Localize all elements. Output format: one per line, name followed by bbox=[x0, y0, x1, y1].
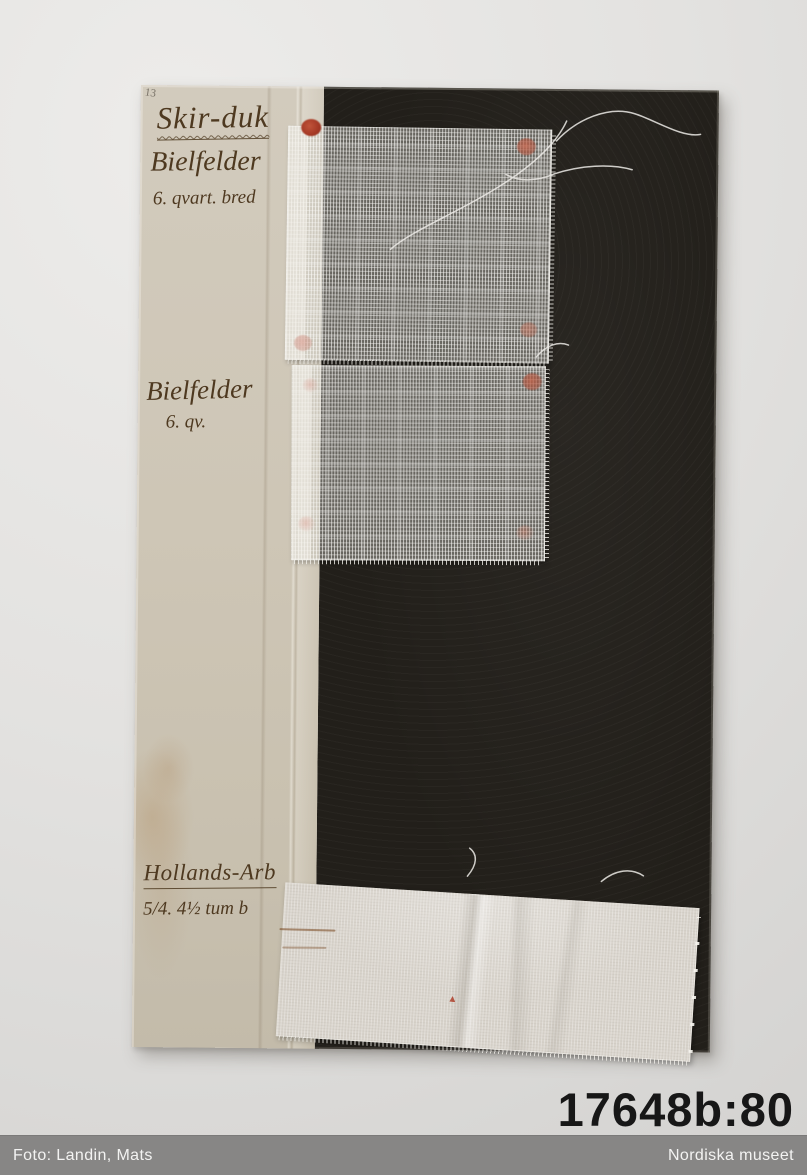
pencil-mark: 13 bbox=[144, 86, 157, 100]
sample-title: Hollands-Arb bbox=[143, 859, 276, 889]
footer-bar: Foto: Landin, Mats Nordiska museet bbox=[0, 1135, 807, 1175]
frayed-edge bbox=[279, 1035, 688, 1065]
institution-name: Nordiska museet bbox=[668, 1147, 794, 1165]
sealing-wax-dot bbox=[516, 525, 534, 540]
sample-title: Skir-duk bbox=[156, 99, 269, 141]
sealing-wax-dot bbox=[303, 378, 319, 392]
fabric-swatch-sheer-top bbox=[285, 126, 552, 364]
sealing-wax-dot bbox=[298, 516, 315, 531]
photo-credit: Foto: Landin, Mats bbox=[13, 1147, 153, 1165]
photo-background: 13 Skir-duk Bielfelder 6. qvart. bred Bi… bbox=[0, 0, 807, 1175]
red-wax-fleck bbox=[449, 996, 455, 1002]
sealing-wax-dot bbox=[523, 373, 542, 390]
catalog-number: 17648b:80 bbox=[558, 1082, 794, 1137]
textile-sample-card: 13 Skir-duk Bielfelder 6. qvart. bred Bi… bbox=[132, 85, 719, 1053]
sealing-wax-dot bbox=[520, 322, 537, 337]
ink-bleed-stroke bbox=[282, 947, 326, 949]
fabric-swatch-sheer-middle bbox=[291, 365, 546, 561]
frayed-edge bbox=[544, 369, 550, 558]
sealing-wax-dot bbox=[301, 119, 321, 136]
frayed-edge bbox=[294, 559, 542, 565]
sealing-wax-dot bbox=[294, 335, 312, 351]
ink-bleed-stroke bbox=[279, 928, 335, 932]
fabric-swatch-hollands bbox=[276, 882, 700, 1061]
sealing-wax-dot bbox=[517, 138, 536, 155]
